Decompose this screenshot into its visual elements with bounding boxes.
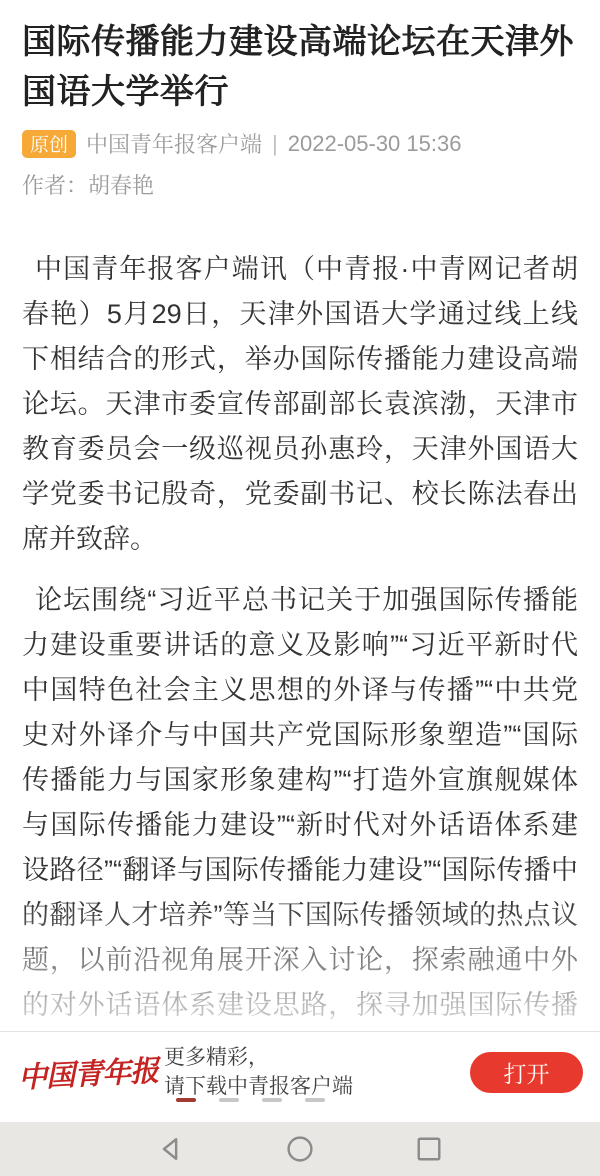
article-body: 中国青年报客户端讯（中青报·中青网记者胡春艳）5月29日，天津外国语大学通过线上… <box>22 247 578 1031</box>
paragraph: 论坛围绕“习近平总书记关于加强国际传播能力建设重要讲话的意义及影响”“习近平新时… <box>22 578 578 1031</box>
promo-line-2: 请下载中青报客户端 <box>164 1072 470 1101</box>
android-navbar <box>0 1122 600 1176</box>
china-youth-daily-logo: 中国青年报 <box>17 1048 159 1096</box>
article: 国际传播能力建设高端论坛在天津外国语大学举行 原创 中国青年报客户端 | 202… <box>0 0 600 1031</box>
original-badge: 原创 <box>22 130 76 158</box>
article-title: 国际传播能力建设高端论坛在天津外国语大学举行 <box>22 17 578 117</box>
pager-dash <box>305 1098 325 1102</box>
article-meta: 原创 中国青年报客户端 | 2022-05-30 15:36 <box>22 128 578 159</box>
home-icon[interactable] <box>285 1134 315 1164</box>
paragraph: 中国青年报客户端讯（中青报·中青网记者胡春艳）5月29日，天津外国语大学通过线上… <box>22 247 578 562</box>
app-download-banner[interactable]: 中国青年报 更多精彩， 请下载中青报客户端 打开 <box>0 1031 600 1122</box>
pager-dots <box>176 1098 325 1102</box>
meta-separator: | <box>272 131 278 157</box>
open-app-button[interactable]: 打开 <box>470 1052 583 1093</box>
pager-dash <box>262 1098 282 1102</box>
source-name: 中国青年报客户端 <box>86 128 262 159</box>
banner-promo-text: 更多精彩， 请下载中青报客户端 <box>164 1043 470 1101</box>
promo-line-1: 更多精彩， <box>164 1043 470 1072</box>
publish-datetime: 2022-05-30 15:36 <box>288 131 462 157</box>
banner-row: 中国青年报 更多精彩， 请下载中青报客户端 打开 <box>18 1041 583 1103</box>
recents-icon[interactable] <box>414 1134 444 1164</box>
author-line: 作者：胡春艳 <box>22 169 578 200</box>
back-icon[interactable] <box>156 1134 186 1164</box>
pager-dash <box>219 1098 239 1102</box>
pager-dash-active <box>176 1098 196 1102</box>
